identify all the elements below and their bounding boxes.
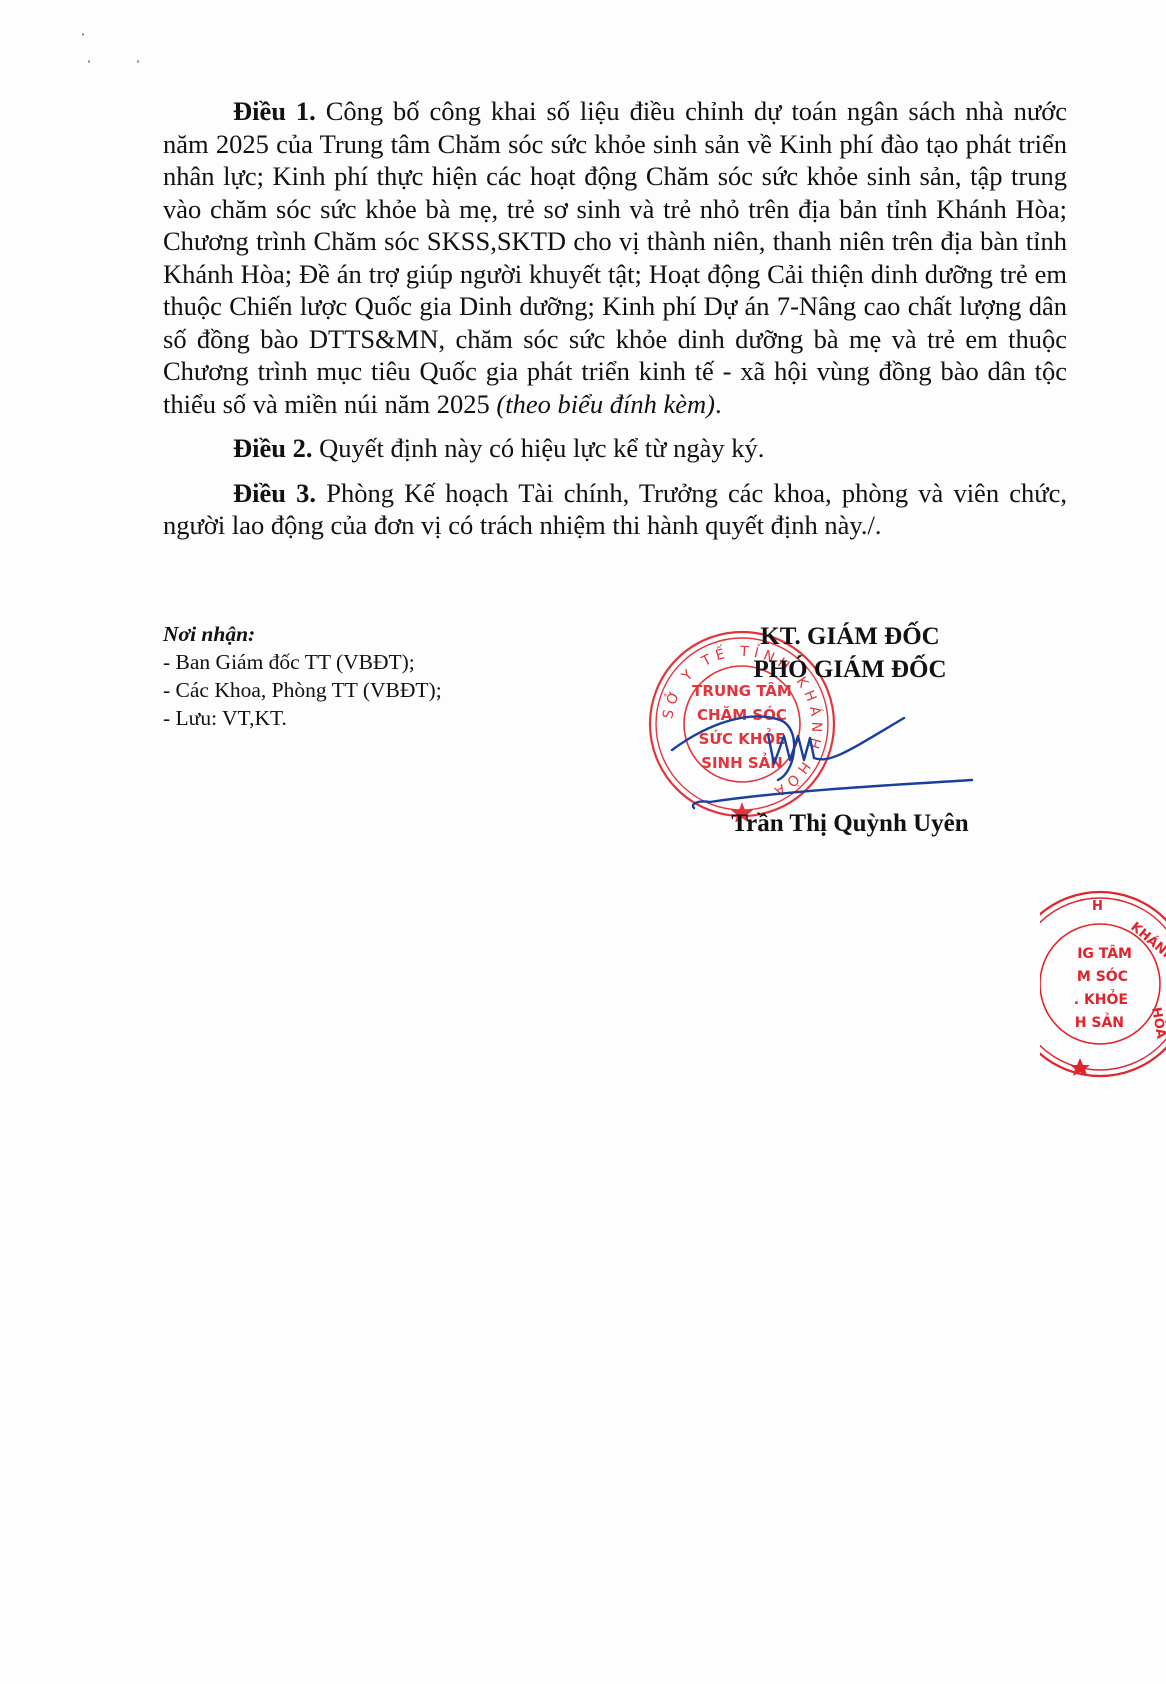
svg-text:. KHỎE: . KHỎE [1074, 989, 1128, 1008]
svg-text:H: H [1092, 899, 1103, 914]
svg-text:HÒA: HÒA [1148, 1006, 1166, 1040]
handwritten-signature [650, 680, 1050, 820]
document-page: Điều 1. Công bố công khai số liệu điều c… [0, 0, 1166, 1684]
signature-title-block: KT. GIÁM ĐỐC PHÓ GIÁM ĐỐC [700, 620, 1000, 686]
recipient-item: - Ban Giám đốc TT (VBĐT); [163, 648, 442, 676]
partial-seal-stamp: IG TÂM M SÓC . KHỎE H SẢN H KHÁNH HÒA [1040, 888, 1166, 1078]
recipient-item: - Lưu: VT,KT. [163, 704, 442, 732]
svg-text:IG TÂM: IG TÂM [1077, 945, 1132, 962]
article-1-text: Công bố công khai số liệu điều chỉnh dự … [163, 96, 1067, 419]
article-2: Điều 2. Quyết định này có hiệu lực kể từ… [163, 432, 1067, 465]
article-2-text: Quyết định này có hiệu lực kể từ ngày ký… [313, 433, 765, 463]
scan-speck [82, 33, 84, 36]
recipients-list: Nơi nhận: - Ban Giám đốc TT (VBĐT); - Cá… [163, 620, 442, 732]
article-1-label: Điều 1. [233, 96, 316, 126]
recipients-title: Nơi nhận: [163, 620, 442, 648]
svg-text:M SÓC: M SÓC [1077, 967, 1128, 985]
article-3: Điều 3. Phòng Kế hoạch Tài chính, Trưởng… [163, 477, 1067, 542]
scan-speck [88, 60, 90, 63]
svg-text:H SẢN: H SẢN [1075, 1012, 1124, 1031]
article-1-suffix: . [715, 389, 722, 419]
article-1: Điều 1. Công bố công khai số liệu điều c… [163, 95, 1067, 420]
article-1-note: (theo biểu đính kèm) [496, 389, 715, 419]
recipient-item: - Các Khoa, Phòng TT (VBĐT); [163, 676, 442, 704]
article-3-label: Điều 3. [233, 478, 316, 508]
svg-text:KHÁNH: KHÁNH [1127, 919, 1166, 965]
signature-title-line1: KT. GIÁM ĐỐC [700, 620, 1000, 653]
document-body: Điều 1. Công bố công khai số liệu điều c… [163, 95, 1067, 542]
article-2-label: Điều 2. [233, 433, 313, 463]
scan-speck [136, 60, 139, 64]
